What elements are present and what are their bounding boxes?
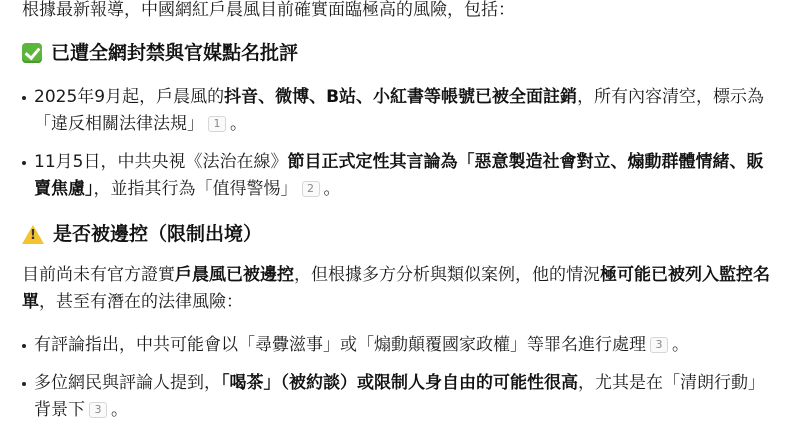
citation-badge[interactable]: 1 xyxy=(208,116,226,132)
section-heading-border-control: 是否被邊控（限制出境） xyxy=(22,221,262,247)
section-heading-banned: 已遭全網封禁與官媒點名批評 xyxy=(22,40,298,66)
warning-icon xyxy=(22,225,44,244)
list-item: 有評論指出，中共可能會以「尋釁滋事」或「煽動顛覆國家政權」等罪名進行處理3。 xyxy=(20,332,780,359)
section-title: 是否被邊控（限制出境） xyxy=(53,221,262,247)
list-item: 多位網民與評論人提到，「喝茶」（被約談）或限制人身自由的可能性很高，尤其是在「清… xyxy=(20,370,780,424)
intro-text: 根據最新報導，中國網紅戶晨風目前確實面臨極高的風險，包括： xyxy=(22,0,780,24)
list-item: 2025年9月起，戶晨風的抖音、微博、B站、小紅書等帳號已被全面註銷，所有內容清… xyxy=(20,84,780,138)
section-title: 已遭全網封禁與官媒點名批評 xyxy=(51,40,298,66)
check-mark-button-icon xyxy=(22,43,42,63)
citation-badge[interactable]: 2 xyxy=(302,181,320,197)
citation-badge[interactable]: 3 xyxy=(650,337,668,353)
citation-badge[interactable]: 3 xyxy=(89,402,107,418)
list-item: 11月5日，中共央視《法治在線》節目正式定性其言論為「惡意製造社會對立、煽動群體… xyxy=(20,149,780,203)
border-control-paragraph: 目前尚未有官方證實戶晨風已被邊控，但根據多方分析與類似案例，他的情況極可能已被列… xyxy=(22,262,780,316)
risk-list: 有評論指出，中共可能會以「尋釁滋事」或「煽動顛覆國家政權」等罪名進行處理3。 多… xyxy=(20,332,780,434)
banned-list: 2025年9月起，戶晨風的抖音、微博、B站、小紅書等帳號已被全面註銷，所有內容清… xyxy=(20,84,780,214)
